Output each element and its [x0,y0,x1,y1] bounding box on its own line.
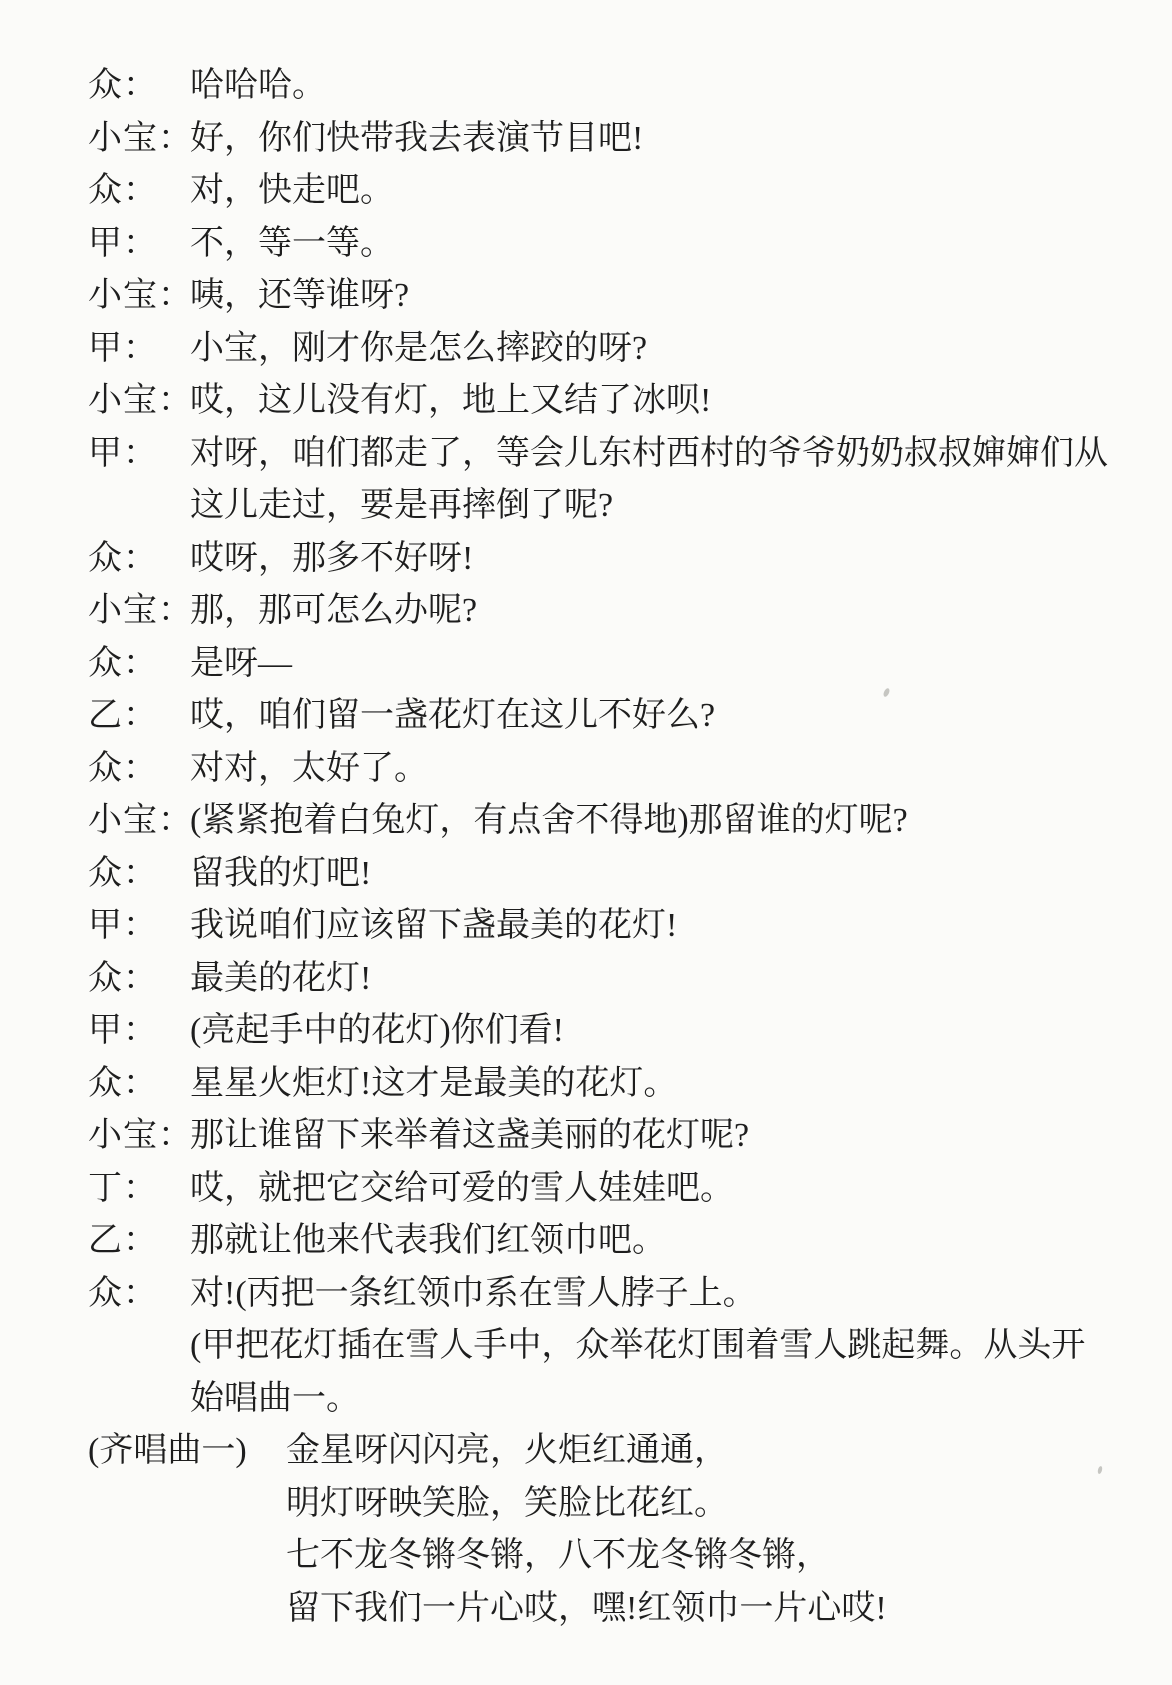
speaker-label: 众： [88,848,190,901]
dialogue-line: 众：哎呀，那多不好呀! [88,533,1172,586]
speaker-label: 甲： [88,1005,190,1058]
dialogue-line: 小宝：好，你们快带我去表演节目吧! [88,113,1172,166]
speaker-label: 小宝： [88,270,190,323]
dialogue-text: 哈哈哈。 [190,60,1172,113]
dialogue-line: 小宝：咦，还等谁呀? [88,270,1172,323]
dialogue-text: 好，你们快带我去表演节目吧! [190,113,1172,166]
speaker-label [88,1320,190,1373]
speaker-label: 小宝： [88,113,190,166]
dialogue-line: 丁：哎，就把它交给可爱的雪人娃娃吧。 [88,1163,1172,1216]
dialogue-text: 我说咱们应该留下盏最美的花灯! [190,900,1172,953]
speaker-label: 众： [88,165,190,218]
dialogue-line: 众：对!(丙把一条红领巾系在雪人脖子上。 [88,1268,1172,1321]
dialogue-line: 小宝：(紧紧抱着白兔灯，有点舍不得地)那留谁的灯呢? [88,795,1172,848]
dialogue-line: 甲：对呀，咱们都走了，等会儿东村西村的爷爷奶奶叔叔婶婶们从 [88,428,1172,481]
dialogue-line: 甲：我说咱们应该留下盏最美的花灯! [88,900,1172,953]
dialogue-text: 哎呀，那多不好呀! [190,533,1172,586]
dialogue-line: 始唱曲一。 [88,1373,1172,1426]
dialogue-line: 甲：不，等一等。 [88,218,1172,271]
dialogue-text: (甲把花灯插在雪人手中，众举花灯围着雪人跳起舞。从头开 [190,1320,1172,1373]
dialogue-line: (甲把花灯插在雪人手中，众举花灯围着雪人跳起舞。从头开 [88,1320,1172,1373]
dialogue-line: 甲：(亮起手中的花灯)你们看! [88,1005,1172,1058]
speaker-label: 小宝： [88,585,190,638]
dialogue-text: 哎，就把它交给可爱的雪人娃娃吧。 [190,1163,1172,1216]
dialogue-text: (亮起手中的花灯)你们看! [190,1005,1172,1058]
dialogue-text: 那让谁留下来举着这盏美丽的花灯呢? [190,1110,1172,1163]
dialogue-text: 哎，这儿没有灯，地上又结了冰呗! [190,375,1172,428]
dialogue-text: 咦，还等谁呀? [190,270,1172,323]
dialogue-text: 留我的灯吧! [190,848,1172,901]
speaker-label: 甲： [88,900,190,953]
speaker-label: 甲： [88,323,190,376]
dialogue-line: 众：哈哈哈。 [88,60,1172,113]
dialogue-line: 这儿走过，要是再摔倒了呢? [88,480,1172,533]
speaker-label: 乙： [88,1215,190,1268]
dialogue-line: 小宝：那，那可怎么办呢? [88,585,1172,638]
dialogue-line: 小宝：哎，这儿没有灯，地上又结了冰呗! [88,375,1172,428]
lyrics-list: 金星呀闪闪亮，火炬红通通，明灯呀映笑脸，笑脸比花红。七不龙冬锵冬锵，八不龙冬锵冬… [286,1425,1172,1635]
speaker-label [88,1373,190,1426]
dialogue-line: 众：对，快走吧。 [88,165,1172,218]
speaker-label: 小宝： [88,375,190,428]
speaker-label: 乙： [88,690,190,743]
dialogue-line: 乙：哎，咱们留一盏花灯在这儿不好么? [88,690,1172,743]
speaker-label [88,480,190,533]
speaker-label: 众： [88,743,190,796]
dialogue-line: 众：星星火炬灯!这才是最美的花灯。 [88,1058,1172,1111]
dialogue-text: 不，等一等。 [190,218,1172,271]
dialogue-text: 哎，咱们留一盏花灯在这儿不好么? [190,690,1172,743]
dialogue-text: 这儿走过，要是再摔倒了呢? [190,480,1172,533]
dialogue-text: 对对，太好了。 [190,743,1172,796]
dialogue-line: 众：是呀— [88,638,1172,691]
speaker-label: 众： [88,1058,190,1111]
dialogue-line: 众：对对，太好了。 [88,743,1172,796]
song-block: (齐唱曲一) 金星呀闪闪亮，火炬红通通，明灯呀映笑脸，笑脸比花红。七不龙冬锵冬锵… [88,1425,1172,1635]
dialogue-text: 那就让他来代表我们红领巾吧。 [190,1215,1172,1268]
dialogue-text: 那，那可怎么办呢? [190,585,1172,638]
lyric-line: 金星呀闪闪亮，火炬红通通， [286,1425,1172,1478]
speaker-label: 丁： [88,1163,190,1216]
dialogue-text: 小宝，刚才你是怎么摔跤的呀? [190,323,1172,376]
speaker-label: 众： [88,638,190,691]
speaker-label: 小宝： [88,795,190,848]
dialogue-line: 甲：小宝，刚才你是怎么摔跤的呀? [88,323,1172,376]
speaker-label: 众： [88,953,190,1006]
dialogue-text: 星星火炬灯!这才是最美的花灯。 [190,1058,1172,1111]
speaker-label: 众： [88,533,190,586]
dialogue-line: 众：留我的灯吧! [88,848,1172,901]
dialogue-list: 众：哈哈哈。小宝：好，你们快带我去表演节目吧!众：对，快走吧。甲：不，等一等。小… [88,60,1172,1425]
dialogue-text: 对!(丙把一条红领巾系在雪人脖子上。 [190,1268,1172,1321]
speaker-label: 小宝： [88,1110,190,1163]
dialogue-line: 小宝：那让谁留下来举着这盏美丽的花灯呢? [88,1110,1172,1163]
dialogue-text: 最美的花灯! [190,953,1172,1006]
lyric-line: 留下我们一片心哎，嘿!红领巾一片心哎! [286,1583,1172,1636]
song-label: (齐唱曲一) [88,1425,286,1478]
dialogue-text: 对呀，咱们都走了，等会儿东村西村的爷爷奶奶叔叔婶婶们从 [190,428,1172,481]
dialogue-text: 对，快走吧。 [190,165,1172,218]
speaker-label: 众： [88,1268,190,1321]
script-page: 众：哈哈哈。小宝：好，你们快带我去表演节目吧!众：对，快走吧。甲：不，等一等。小… [0,0,1172,1685]
dialogue-text: 是呀— [190,638,1172,691]
dialogue-text: 始唱曲一。 [190,1373,1172,1426]
dialogue-line: 众：最美的花灯! [88,953,1172,1006]
speaker-label: 甲： [88,218,190,271]
dialogue-line: 乙：那就让他来代表我们红领巾吧。 [88,1215,1172,1268]
lyric-line: 七不龙冬锵冬锵，八不龙冬锵冬锵， [286,1530,1172,1583]
lyric-line: 明灯呀映笑脸，笑脸比花红。 [286,1478,1172,1531]
speaker-label: 甲： [88,428,190,481]
dialogue-text: (紧紧抱着白兔灯，有点舍不得地)那留谁的灯呢? [190,795,1172,848]
speaker-label: 众： [88,60,190,113]
